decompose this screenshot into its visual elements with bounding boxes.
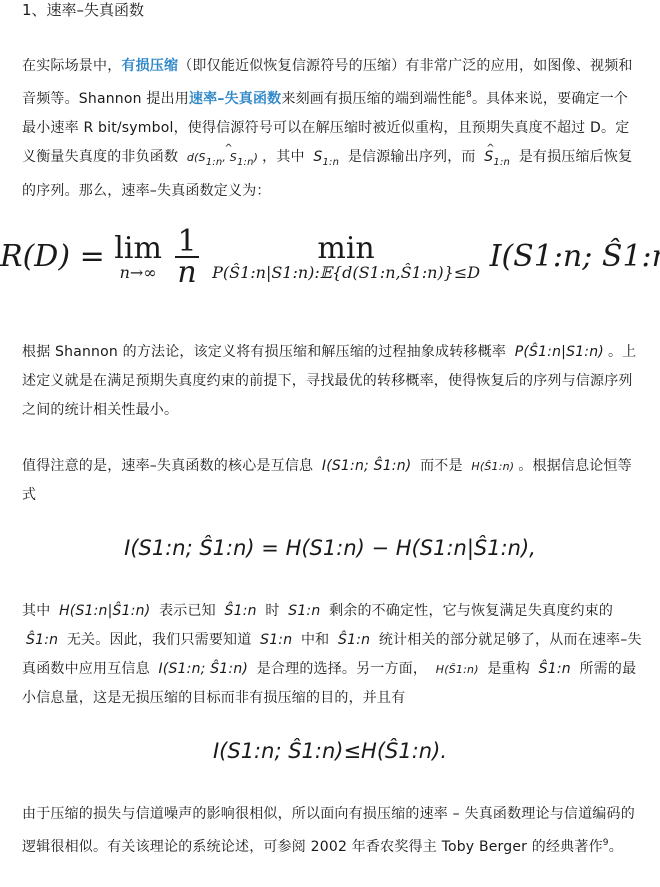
math-mutual-information: I(S1:n; Ŝ1:n) [322, 458, 412, 474]
math-source-sequence: S1:n [313, 149, 339, 165]
paragraph-methodology: 根据 Shannon 的方法论，该定义将有损压缩和解压缩的过程抽象成转移概率 P… [22, 338, 642, 425]
fraction: 1n [175, 228, 198, 288]
math-distortion-function: d(S1:n, S1:n) [187, 151, 258, 164]
math-conditional-entropy: H(S1:n|Ŝ1:n) [59, 603, 150, 619]
text: 时 [265, 603, 279, 619]
text: 在实际场景中， [22, 58, 121, 74]
paragraph-mutual-information: 值得注意的是，速率–失真函数的核心是互信息 I(S1:n; Ŝ1:n) 而不是 … [22, 452, 642, 510]
text: 无关。因此，我们只需要知道 [67, 632, 252, 648]
text: 剩余的不确定性，它与恢复满足失真度约束的 [329, 603, 613, 619]
paragraph-intro: 在实际场景中，有损压缩（即仅能近似恢复信源符号的压缩）有非常广泛的应用，如图像、… [22, 52, 642, 206]
math-reconstructed: Ŝ1:n [539, 661, 571, 677]
equation-inequality: I(S1:n; Ŝ1:n)≤H(Ŝ1:n). [0, 739, 660, 763]
lim-operator: limn→∞ [114, 234, 162, 282]
text: 根据 Shannon 的方法论，该定义将有损压缩和解压缩的过程抽象成转移概率 [22, 344, 506, 360]
text: 由于压缩的损失与信道噪声的影响很相似，所以面向有损压缩的速率 – 失真函数理论与… [22, 806, 635, 855]
math-entropy: H(Ŝ1:n) [471, 460, 514, 473]
text: 是重构 [487, 661, 530, 677]
text: 是合理的选择。另一方面， [257, 661, 427, 677]
equation-identity: I(S1:n; Ŝ1:n) = H(S1:n) − H(S1:n|Ŝ1:n), [0, 536, 660, 560]
min-operator: minP(Ŝ1:n|S1:n):𝔼{d(S1:n,Ŝ1:n)}≤D [212, 234, 480, 282]
math-reconstructed-sequence: S1:n [484, 149, 510, 165]
math-reconstructed: Ŝ1:n [225, 603, 257, 619]
equation-rate-distortion: R(D) = limn→∞ 1n minP(Ŝ1:n|S1:n):𝔼{d(S1:… [0, 228, 660, 298]
document-page: 1、速率–失真函数 在实际场景中，有损压缩（即仅能近似恢复信源符号的压缩）有非常… [0, 0, 660, 887]
link-lossy-compression[interactable]: 有损压缩 [121, 58, 178, 74]
math-transition-probability: P(Ŝ1:n|S1:n) [515, 344, 604, 360]
math-source: S1:n [260, 632, 292, 648]
paragraph-conditional-entropy: 其中 H(S1:n|Ŝ1:n) 表示已知 Ŝ1:n 时 S1:n 剩余的不确定性… [22, 597, 642, 713]
text: 。 [609, 839, 623, 855]
text: 而不是 [420, 458, 463, 474]
math-reconstructed: Ŝ1:n [26, 632, 58, 648]
text: 来刻画有损压缩的端到端性能 [281, 91, 466, 107]
math-reconstructed: Ŝ1:n [338, 632, 370, 648]
text: 中和 [301, 632, 329, 648]
section-heading: 1、速率–失真函数 [22, 0, 144, 20]
text: 表示已知 [159, 603, 216, 619]
math-source: S1:n [288, 603, 320, 619]
text: 是信源输出序列，而 [348, 149, 476, 165]
math-entropy: H(Ŝ1:n) [436, 663, 479, 676]
text: 其中 [22, 603, 50, 619]
link-rate-distortion[interactable]: 速率–失真函数 [189, 91, 281, 107]
math-mutual-information: I(S1:n; Ŝ1:n) [158, 661, 248, 677]
paragraph-channel-coding: 由于压缩的损失与信道噪声的影响很相似，所以面向有损压缩的速率 – 失真函数理论与… [22, 800, 642, 862]
text: 值得注意的是，速率–失真函数的核心是互信息 [22, 458, 313, 474]
text: ，其中 [262, 149, 305, 165]
